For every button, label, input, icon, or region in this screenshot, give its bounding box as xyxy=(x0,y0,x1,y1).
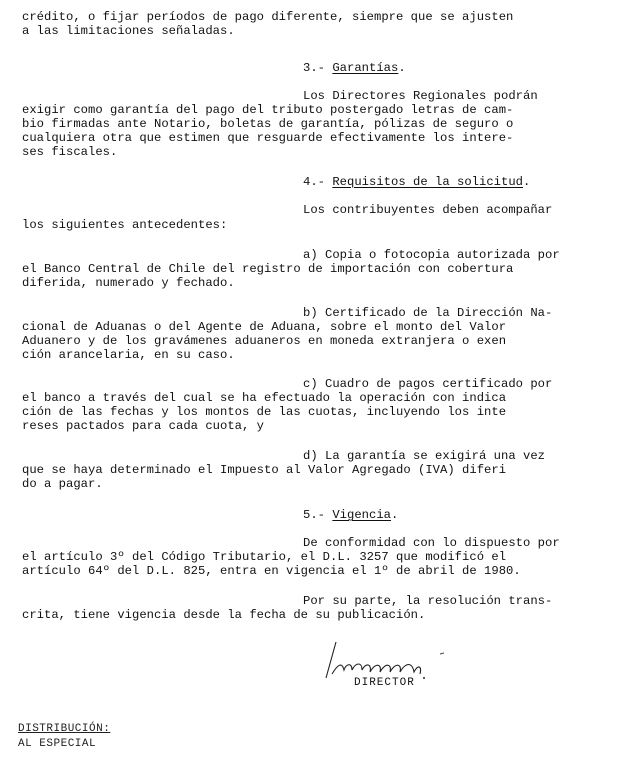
text-line: el artículo 3º del Código Tributario, el… xyxy=(22,550,506,564)
section-title-end: . xyxy=(398,61,405,75)
text-line: a las limitaciones señaladas. xyxy=(22,24,235,38)
text-line: Los Directores Regionales podrán xyxy=(303,89,538,103)
section-heading-vigencia: 5.- Vigencia. xyxy=(303,508,398,522)
item-a-first: a) Copia o fotocopia autorizada por xyxy=(303,248,560,262)
text-line: cional de Aduanas o del Agente de Aduana… xyxy=(22,320,506,334)
text-line: ses fiscales. xyxy=(22,145,117,159)
item-d-first: d) La garantía se exigirá una vez xyxy=(303,449,545,463)
section-heading-requisitos: 4.- Requisitos de la solicitud. xyxy=(303,175,530,189)
text-line: exigir como garantía del pago del tribut… xyxy=(22,103,513,117)
text-line: cualquiera otra que estimen que resguard… xyxy=(22,131,513,145)
text-line: crita, tiene vigencia desde la fecha de … xyxy=(22,608,425,622)
item-c-first: c) Cuadro de pagos certificado por xyxy=(303,377,552,391)
text-line: artículo 64º del D.L. 825, entra en vige… xyxy=(22,564,521,578)
text-line: crédito, o fijar períodos de pago difere… xyxy=(22,10,513,24)
section-heading-garantias: 3.- Garantías. xyxy=(303,61,406,75)
section-number: 5.- xyxy=(303,508,332,522)
footer-recipient: AL ESPECIAL xyxy=(18,737,96,751)
section-title-end: . xyxy=(523,175,530,189)
text-line: los siguientes antecedentes: xyxy=(22,218,227,232)
text-line: Aduanero y de los gravámenes aduaneros e… xyxy=(22,334,506,348)
text-line: diferida, numerado y fechado. xyxy=(22,276,235,290)
text-line: el Banco Central de Chile del registro d… xyxy=(22,262,513,276)
text-line: do a pagar. xyxy=(22,477,103,491)
section-title: Garantías xyxy=(332,61,398,75)
section-number: 3.- xyxy=(303,61,332,75)
text-line: Los contribuyentes deben acompañar xyxy=(303,203,552,217)
item-b-first: b) Certificado de la Dirección Na- xyxy=(303,306,552,320)
section-title-end: . xyxy=(391,508,398,522)
text-line: ción arancelaria, en su caso. xyxy=(22,348,235,362)
section-title: Vigencia xyxy=(332,508,391,522)
text-line: De conformidad con lo dispuesto por xyxy=(303,536,560,550)
text-line: Por su parte, la resolución trans- xyxy=(303,594,552,608)
section-number: 4.- xyxy=(303,175,332,189)
text-line: bio firmadas ante Notario, boletas de ga… xyxy=(22,117,513,131)
signature-title: DIRECTOR xyxy=(354,676,415,690)
text-line: que se haya determinado el Impuesto al V… xyxy=(22,463,506,477)
text-line: el banco a través del cual se ha efectua… xyxy=(22,391,506,405)
section-title: Requisitos de la solicitud xyxy=(332,175,523,189)
footer-distribution: DISTRIBUCIÓN: xyxy=(18,722,110,736)
text-line: ción de las fechas y los montos de las c… xyxy=(22,405,506,419)
text-line: reses pactados para cada cuota, y xyxy=(22,419,264,433)
